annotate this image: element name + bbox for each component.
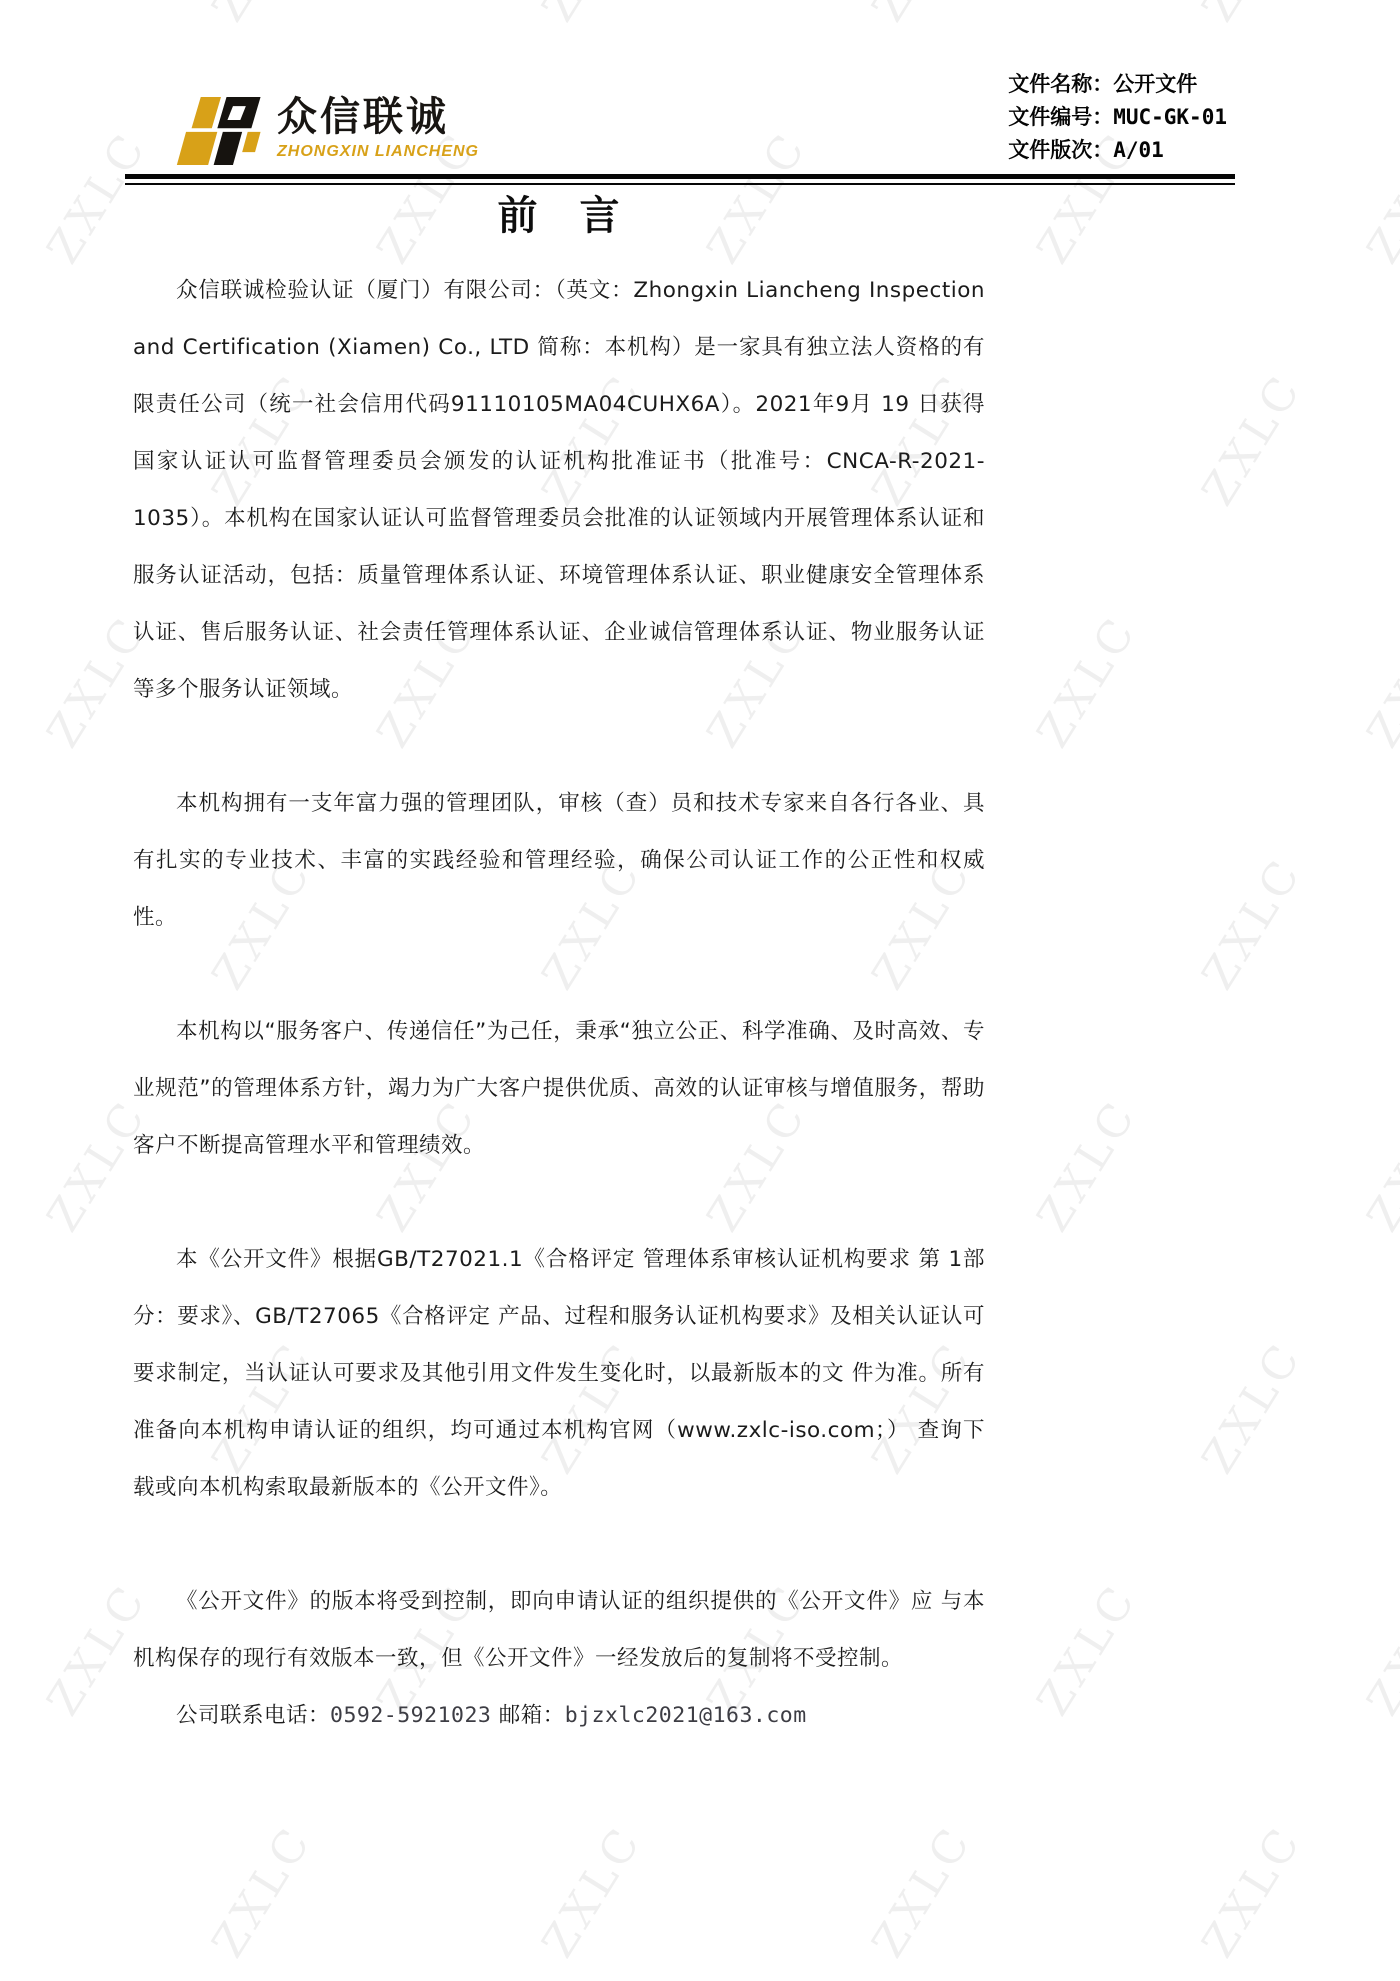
company-logo: 众信联诚 ZHONGXIN LIANCHENG — [175, 94, 479, 168]
doc-info-row-name: 文件名称：公开文件 — [1008, 68, 1227, 101]
doc-info-row-version: 文件版次：A/01 — [1008, 134, 1227, 167]
paragraph-standards: 本《公开文件》根据GB/T27021.1《合格评定 管理体系审核认证机构要求 第… — [133, 1231, 985, 1516]
phone-label: 公司联系电话： — [176, 1703, 330, 1728]
contact-line: 公司联系电话：0592-5921023 邮箱：bjzxlc2021@163.co… — [133, 1687, 985, 1744]
paragraph-team: 本机构拥有一支年富力强的管理团队，审核（查）员和技术专家来自各行各业、具有扎实的… — [133, 775, 985, 946]
company-logo-text: 众信联诚 ZHONGXIN LIANCHENG — [277, 94, 479, 162]
company-name-en: ZHONGXIN LIANCHENG — [277, 142, 479, 162]
document-content: 众信联诚 ZHONGXIN LIANCHENG 文件名称：公开文件 文件编号：M… — [0, 0, 1400, 1981]
email-label: 邮箱： — [491, 1703, 564, 1728]
doc-version-value: A/01 — [1113, 138, 1164, 162]
document-page: { "watermark": { "text": "ZXLC" }, "head… — [0, 0, 1400, 1981]
doc-name-label: 文件名称： — [1008, 72, 1113, 96]
page-title: 前 言 — [133, 184, 985, 241]
document-body: 众信联诚检验认证（厦门）有限公司：（英文：Zhongxin Liancheng … — [133, 262, 985, 1744]
doc-name-value: 公开文件 — [1113, 72, 1197, 96]
paragraph-policy: 本机构以“服务客户、传递信任”为己任，秉承“独立公正、科学准确、及时高效、专业规… — [133, 1003, 985, 1174]
company-name-cn: 众信联诚 — [277, 94, 479, 140]
phone-number: 0592-5921023 — [330, 1703, 491, 1728]
doc-info-block: 文件名称：公开文件 文件编号：MUC-GK-01 文件版次：A/01 — [1008, 68, 1227, 167]
doc-version-label: 文件版次： — [1008, 138, 1113, 162]
paragraph-company-intro: 众信联诚检验认证（厦门）有限公司：（英文：Zhongxin Liancheng … — [133, 262, 985, 718]
doc-info-row-number: 文件编号：MUC-GK-01 — [1008, 101, 1227, 134]
document-header: 众信联诚 ZHONGXIN LIANCHENG 文件名称：公开文件 文件编号：M… — [125, 62, 1235, 170]
doc-number-label: 文件编号： — [1008, 105, 1113, 129]
email-address: bjzxlc2021@163.com — [565, 1703, 807, 1728]
doc-number-value: MUC-GK-01 — [1113, 105, 1227, 129]
company-logo-icon — [175, 94, 267, 168]
paragraph-version-control: 《公开文件》的版本将受到控制，即向申请认证的组织提供的《公开文件》应 与本机构保… — [133, 1573, 985, 1687]
